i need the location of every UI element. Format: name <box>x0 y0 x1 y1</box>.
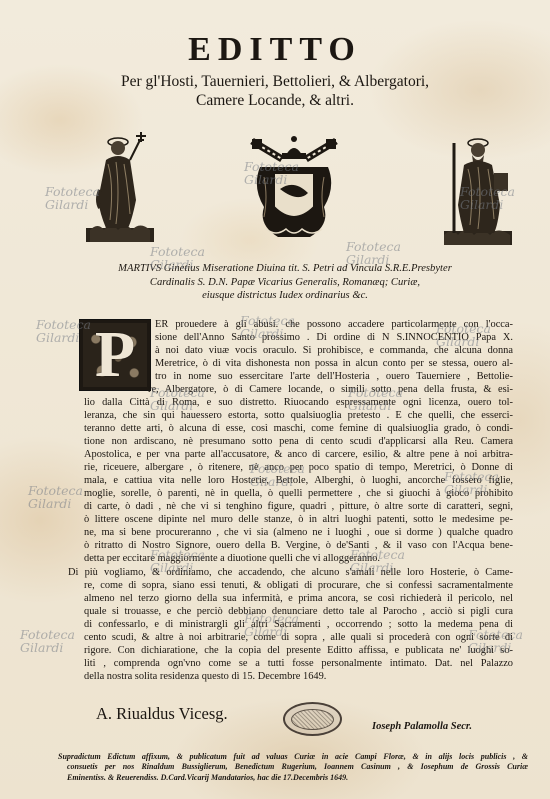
text-line: teranno dette arti, ò alcuna di esse, co… <box>84 422 513 435</box>
signature-secretary: Ioseph Palamolla Secr. <box>372 721 472 732</box>
text-line: detta per eccitare maggiormente a diuoti… <box>84 552 513 565</box>
text-line: rigore. Con dichiaratione, che la copia … <box>84 644 513 657</box>
text-line: ò ritratto di Nostro Signore, ouero dell… <box>84 539 513 552</box>
text-line: di carte, ò dadi , nè che vi si tenghino… <box>84 500 513 513</box>
watermark: FototecaGilardi <box>20 628 75 654</box>
address-line: MARTIVS Ginetius Miseratione Diuina tit.… <box>70 262 500 276</box>
text-line: mala, e cattiua vita nelle loro Hosterie… <box>84 474 513 487</box>
saint-peter-woodcut-icon <box>86 130 156 242</box>
posting-notice: Supradictum Edictum affixum, & publicatu… <box>58 752 528 783</box>
text-line: quale si trouasse, e che perciò debbiano… <box>84 605 513 618</box>
ornamental-drop-cap: P <box>79 319 151 391</box>
text-line: leranza, che sin qui hauessero estorta, … <box>84 409 513 422</box>
notice-line: consuetis per nos Rinaldum Bussiglierum,… <box>58 762 528 772</box>
address-line: Cardinalis S. D.N. Papæ Vicarius General… <box>70 276 500 290</box>
text-line: della nostra solita residenza questo dì … <box>84 670 513 683</box>
notice-line: Eminentiss. & Reuerendiss. D.Card.Vicari… <box>58 773 528 783</box>
text-line: à noi dato viuæ vocis oraculo. Si prohib… <box>155 344 513 357</box>
text-line: almeno nel terzo giorno della sua inferm… <box>84 592 513 605</box>
text-line: cento scudi, & altre à noi arbitrarie, c… <box>84 631 513 644</box>
watermark: FototecaGilardi <box>28 484 83 510</box>
ink-stamp-seal-icon <box>283 702 342 736</box>
address-line: eiusque districtus Iudex ordinarius &c. <box>70 289 500 303</box>
notice-line: Supradictum Edictum affixum, & publicatu… <box>58 752 528 762</box>
text-line: re, come di sopra, siano essi tenuti, & … <box>84 579 513 592</box>
text-line: Di più vogliamo, & ordiniamo, che accade… <box>68 566 513 579</box>
seal-inner-ring <box>291 709 334 730</box>
text-line: Meretrice, ò di vita dishonesta non poss… <box>155 357 513 370</box>
text-line: re, Albergatore, ò di Camere locande, o … <box>148 383 513 396</box>
text-line: di confessarlo, e di ministrargli gli al… <box>84 618 513 631</box>
saint-paul-woodcut-icon <box>442 133 514 245</box>
signature-vicegerent: A. Riualdus Vicesg. <box>96 704 228 724</box>
text-line: rie, riceuere, albergare , ò ritenere, n… <box>84 461 513 474</box>
text-line: moglie, sorelle, ò parenti, nè in quella… <box>84 487 513 500</box>
text-line: ne, ma si bene procureranno , che vi sia… <box>84 526 513 539</box>
text-line: Apostolica, e per vna parte all'accusato… <box>84 448 513 461</box>
text-line: ER prouedere à gli abusi. che possono ac… <box>155 318 513 331</box>
edict-title: EDITTO <box>0 32 550 68</box>
drop-cap-letter: P <box>95 322 135 388</box>
text-line: sione dell'Anno Santo prossimo . Di ordi… <box>155 331 513 344</box>
text-line: tro in nome suo essercitare l'arte dell'… <box>155 370 513 383</box>
text-line: lio dalla Città di Roma, e suo distretto… <box>84 396 513 409</box>
issuer-address: MARTIVS Ginetius Miseratione Diuina tit.… <box>70 262 500 303</box>
text-line: ò littere oscene dipinte nel muro delle … <box>84 513 513 526</box>
text-line: liti , comprenda ogn'vno come se a tutti… <box>84 657 513 670</box>
papal-coat-of-arms-icon <box>246 133 342 245</box>
edict-subtitle-line2: Camere Locande, & altri. <box>0 92 550 110</box>
edict-subtitle-line1: Per gl'Hosti, Tauernieri, Bettolieri, & … <box>0 73 550 91</box>
text-line: tione non ardiscano, nè presumano sotto … <box>84 435 513 448</box>
